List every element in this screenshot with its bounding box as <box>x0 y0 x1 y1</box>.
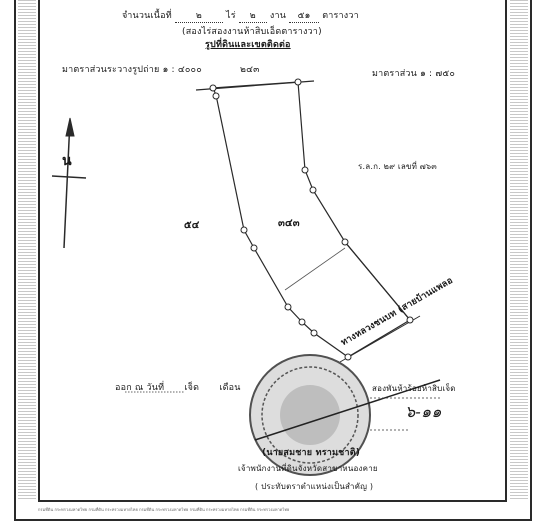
signatory-position: เจ้าพนักงานที่ดินจังหวัดสาขาหนองคาย <box>238 462 378 475</box>
parcel-number-label: ๓๔๓ <box>278 216 300 231</box>
neighbor-left-label: ๕๔ <box>184 218 200 233</box>
stamp-note: ( ประทับตราตำแหน่งเป็นสำคัญ ) <box>255 480 373 493</box>
interior-line <box>285 248 345 290</box>
issue-year: สองพันห้าร้อยห้าสิบเจ็ด <box>372 382 456 395</box>
issue-day: เจ็ด <box>184 383 199 393</box>
north-arrow-icon <box>52 118 86 248</box>
handwritten-note: ๖-๑๑ <box>405 400 442 425</box>
north-label: น <box>62 150 72 172</box>
issue-month-label: เดือน <box>219 383 240 393</box>
reference-label: ร.ล.ก. ๒๙ เลขที่ ๗๖๓ <box>358 160 437 173</box>
issued-prefix: ออก ณ วันที่ <box>115 383 164 393</box>
issue-date-line: ออก ณ วันที่ เจ็ด เดือน <box>115 380 241 394</box>
signatory-name: (นายสมชาย ทรามชาติ) <box>262 445 360 459</box>
